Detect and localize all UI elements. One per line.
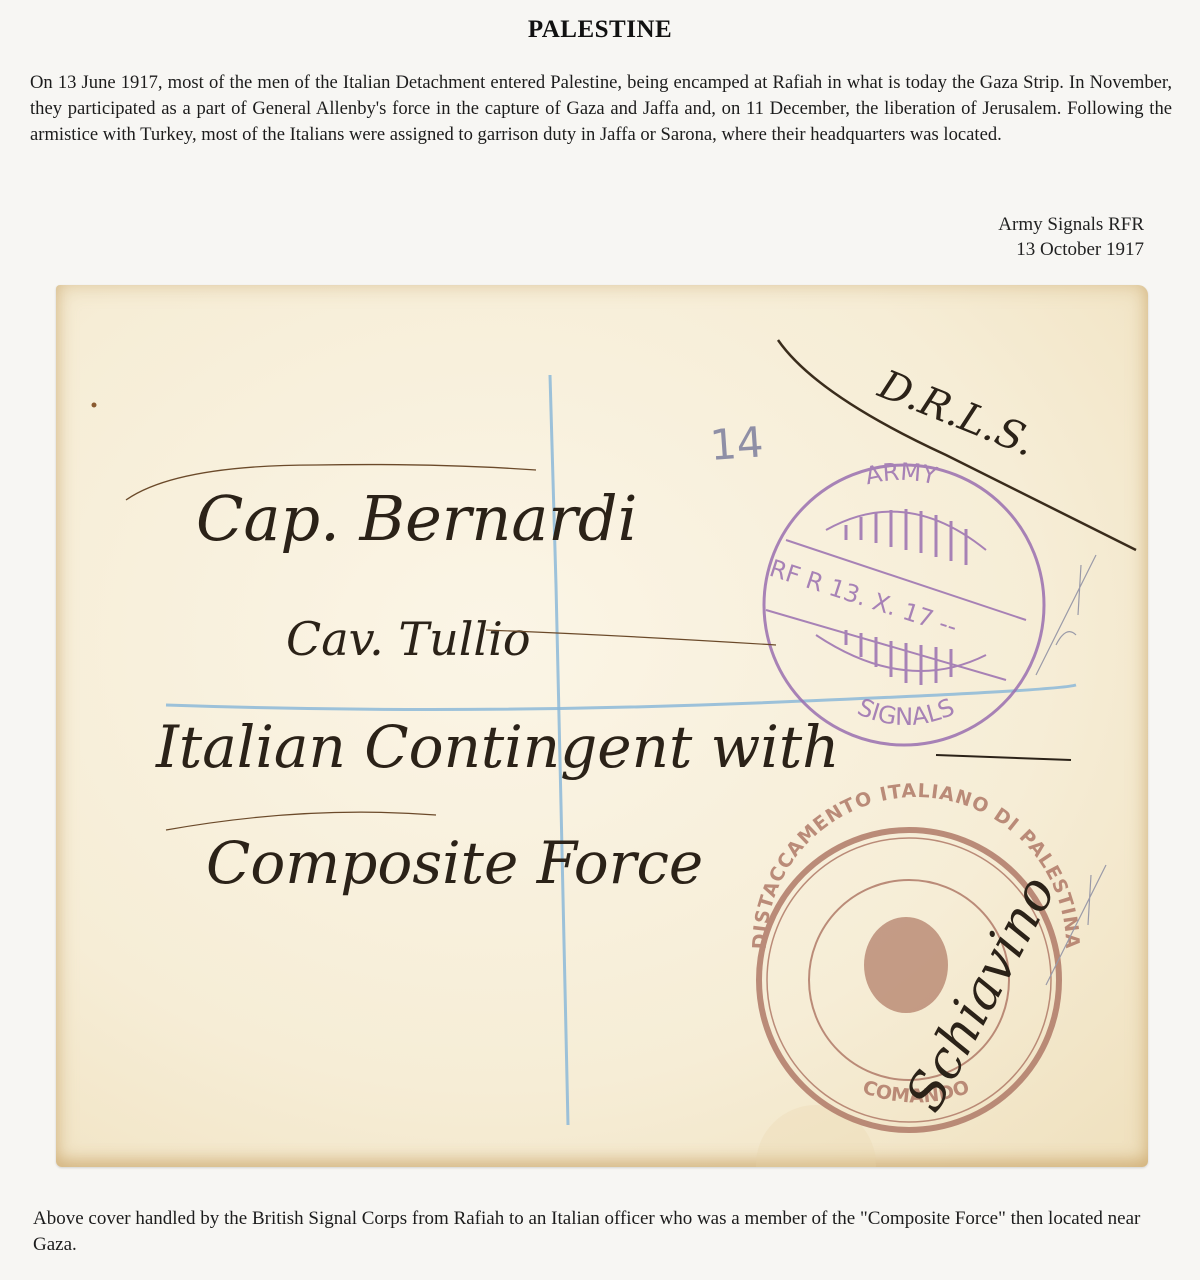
caption-line-1: Army Signals RFR (998, 212, 1144, 237)
drls-underline (778, 340, 1136, 550)
address-line-4: Composite Force (206, 829, 703, 897)
caption-line-2: 13 October 1917 (998, 237, 1144, 262)
postal-cover: D.R.L.S. 14 RF R 13. X. 1 (56, 285, 1148, 1167)
drls-marking: D.R.L.S. (871, 361, 1041, 466)
address-line-1: Cap. Bernardi (196, 482, 637, 555)
foxing-spot (92, 403, 97, 408)
intro-paragraph: On 13 June 1917, most of the men of the … (30, 70, 1172, 148)
address-line-3: Italian Contingent with (155, 713, 840, 781)
footer-caption: Above cover handled by the British Signa… (33, 1206, 1173, 1258)
postmark-top-text: ARMY (863, 458, 940, 491)
postmark-date: RF R 13. X. 17 -- (766, 554, 960, 641)
pencil-number: 14 (708, 417, 765, 470)
cover-caption: Army Signals RFR 13 October 1917 (998, 212, 1144, 262)
postmark-bottom-text: SIGNALS (853, 693, 958, 731)
crown-emblem (864, 917, 948, 1013)
page-title: PALESTINE (0, 16, 1200, 44)
address-line-2: Cav. Tullio (286, 612, 531, 666)
cover-artwork: D.R.L.S. 14 RF R 13. X. 1 (56, 285, 1148, 1167)
